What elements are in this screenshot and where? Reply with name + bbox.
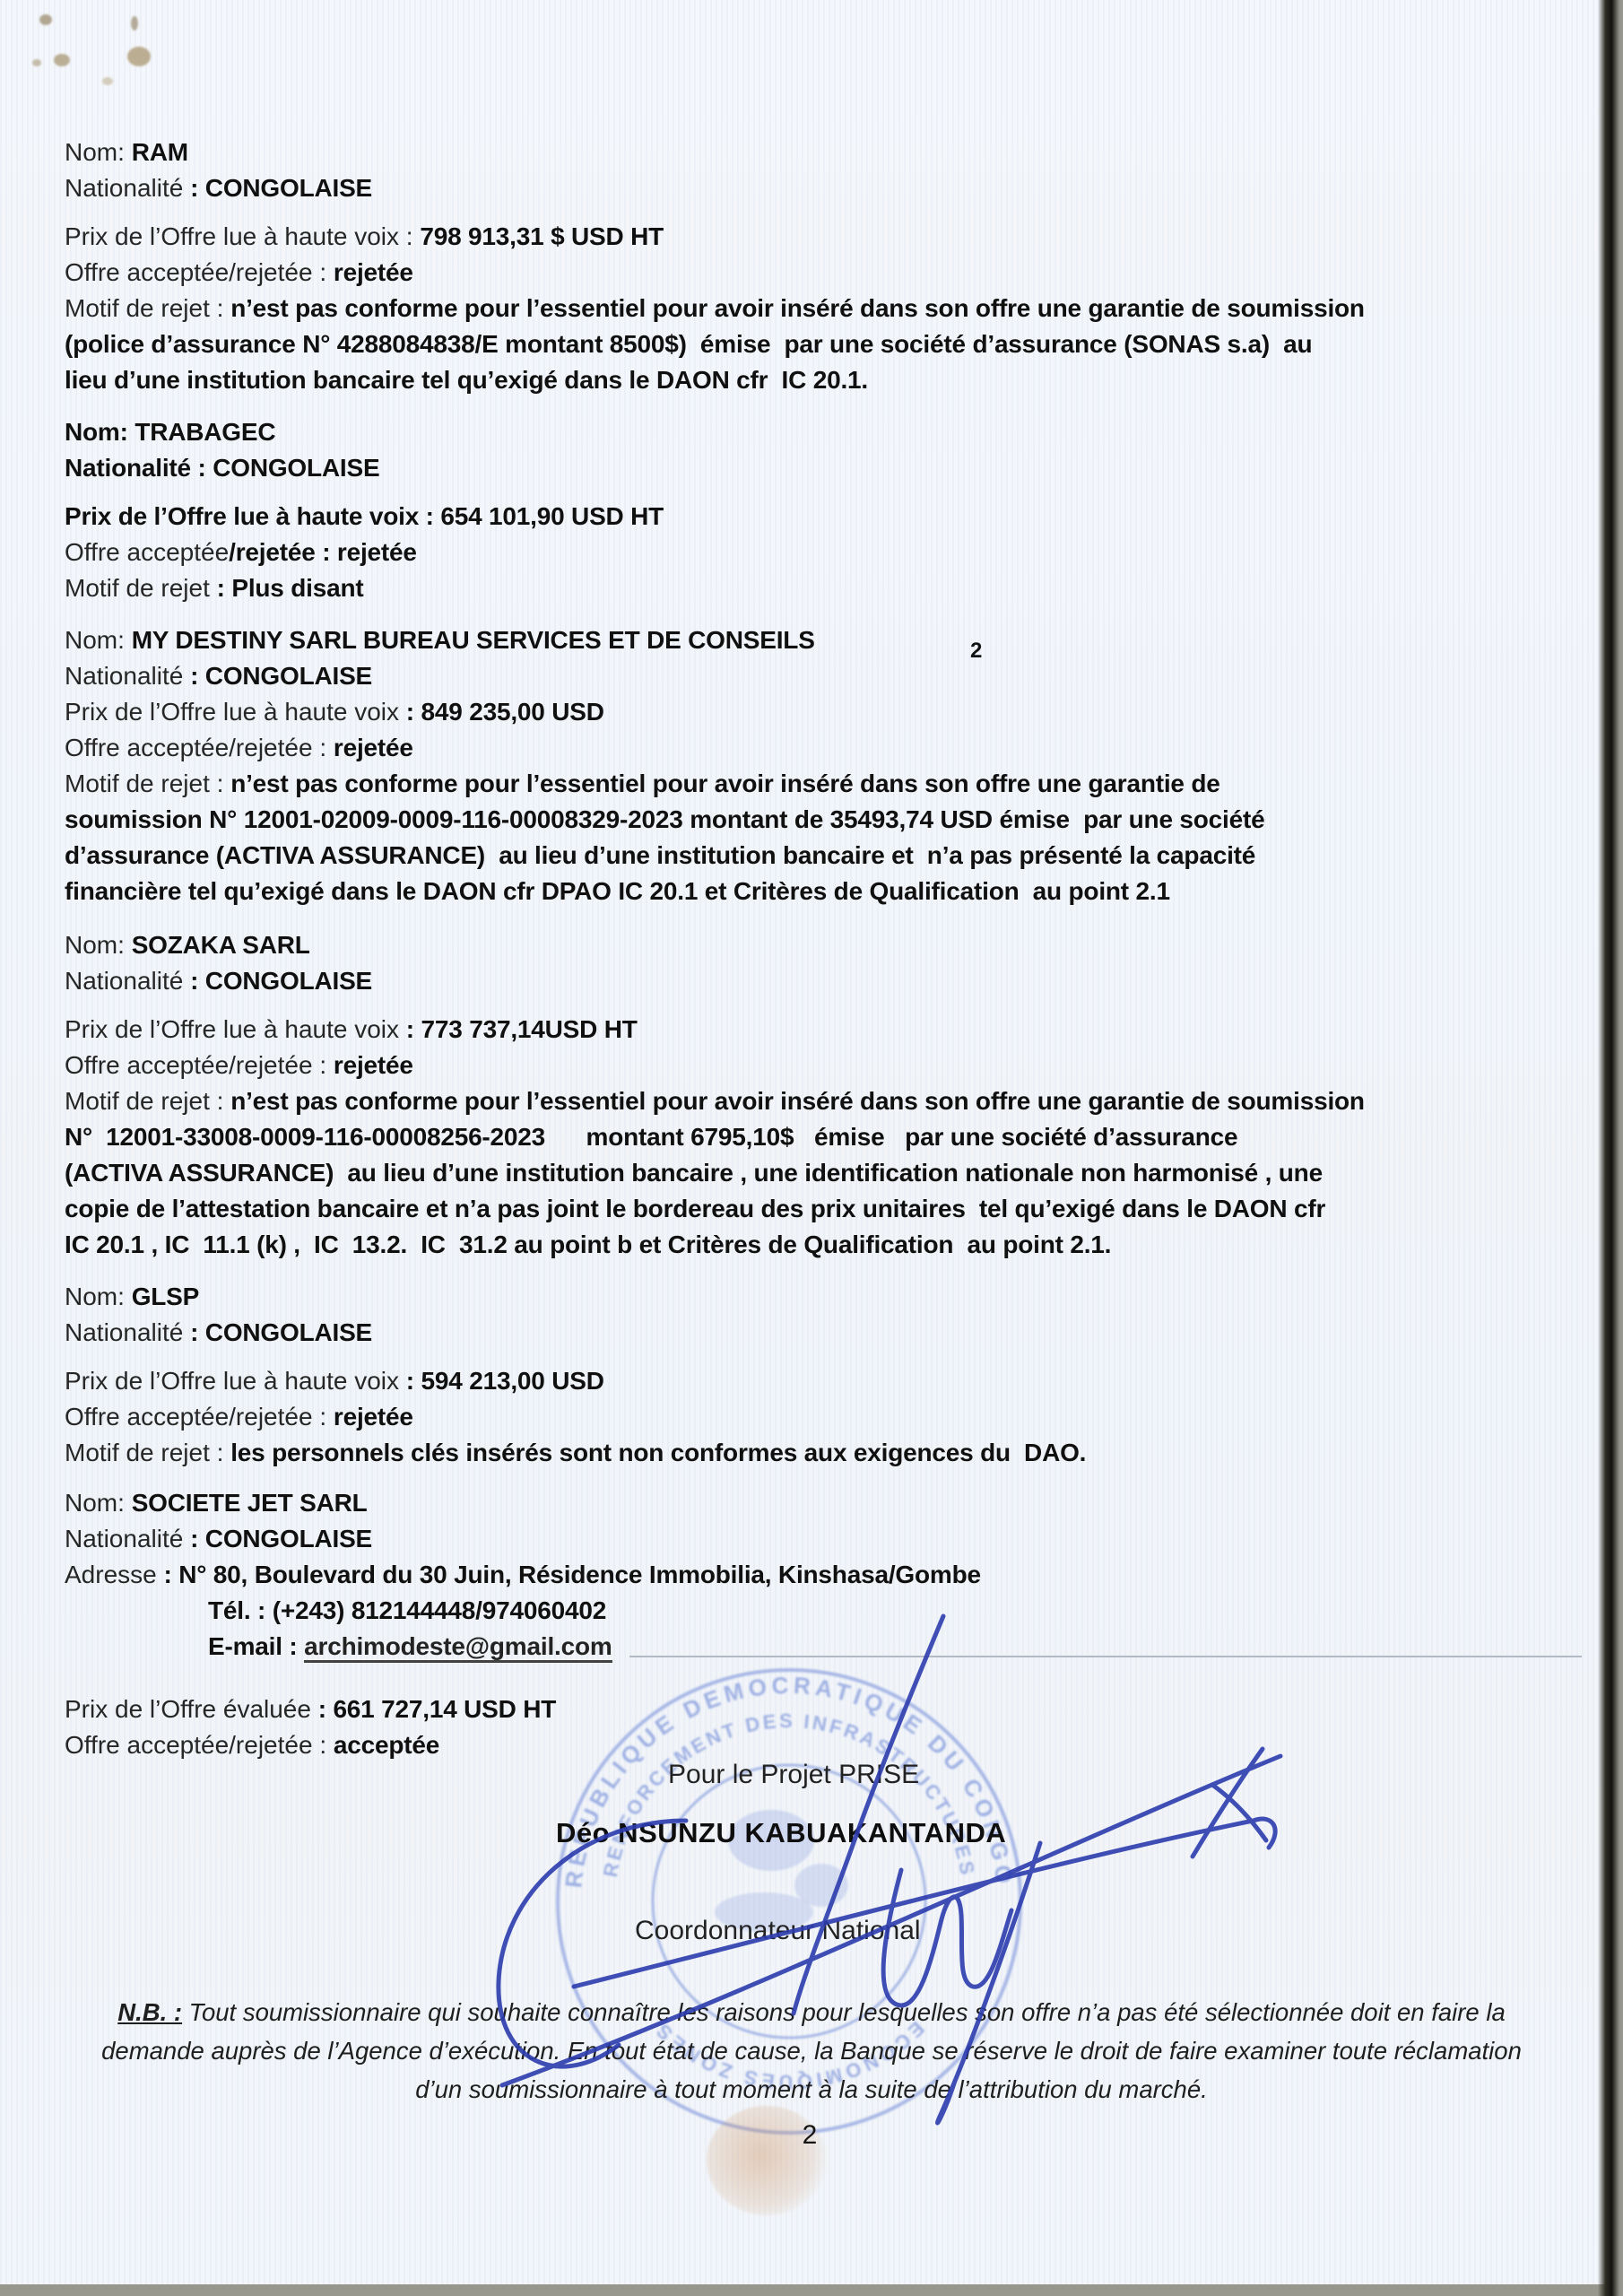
text-segment: Prix de l’Offre lue à haute voix : 654 1… [65, 502, 664, 530]
signature-ink [484, 1596, 1363, 2170]
doc-line: Motif de rejet : n’est pas conforme pour… [65, 291, 1553, 326]
doc-line: Prix de l’Offre lue à haute voix : 594 2… [65, 1363, 1553, 1399]
text-segment: Motif de rejet : [65, 1439, 230, 1466]
text-segment: financière tel qu’exigé dans le DAON cfr… [65, 877, 1170, 905]
text-segment: n’est pas conforme pour l’essentiel pour… [230, 770, 1219, 797]
text-segment: Motif de rejet [65, 574, 217, 602]
text-segment: Nom: [65, 626, 132, 654]
scanned-page: REPUBLIQUE DEMOCRATIQUE DU CONGO RENFORC… [0, 0, 1623, 2296]
text-segment: /rejetée : rejetée [229, 538, 417, 566]
bidder-section: Nom: SOZAKA SARLNationalité : CONGOLAISE… [65, 927, 1553, 1263]
doc-line: Nationalité : CONGOLAISE [65, 170, 1553, 206]
doc-line: Adresse : N° 80, Boulevard du 30 Juin, R… [65, 1557, 1553, 1593]
text-segment: Adresse [65, 1561, 164, 1588]
text-segment: Nationalité : CONGOLAISE [65, 454, 379, 482]
text-segment: (police d’assurance N° 4288084838/E mont… [65, 330, 1312, 358]
text-segment: Prix de l’Offre lue à haute voix : [65, 222, 420, 250]
text-segment: Prix de l’Offre lue à haute voix [65, 1367, 406, 1395]
text-segment: GLSP [132, 1283, 199, 1310]
doc-line: soumission N° 12001-02009-0009-116-00008… [65, 802, 1553, 838]
doc-line: Motif de rejet : n’est pas conforme pour… [65, 766, 1553, 802]
text-segment: Prix de l’Offre lue à haute voix [65, 698, 406, 726]
doc-line: Nom: SOCIETE JET SARL [65, 1485, 1553, 1521]
text-segment: : CONGOLAISE [190, 1318, 372, 1346]
text-segment: : CONGOLAISE [190, 1525, 372, 1552]
text-segment: N° 12001-33008-0009-116-00008256-2023 mo… [65, 1123, 1237, 1151]
bidder-section: Nom: RAMNationalité : CONGOLAISEPrix de … [65, 135, 1553, 398]
text-segment: E-mail : [208, 1632, 304, 1660]
doc-line: (police d’assurance N° 4288084838/E mont… [65, 326, 1553, 362]
text-segment: rejetée [334, 1051, 413, 1079]
text-segment: acceptée [334, 1731, 439, 1759]
text-segment: copie de l’attestation bancaire et n’a p… [65, 1195, 1325, 1222]
doc-line: Offre acceptée/rejetée : rejetée [65, 535, 1553, 570]
smudge-mark [54, 54, 70, 66]
text-segment: Nom: [65, 1283, 132, 1310]
smudge-mark [102, 77, 113, 85]
text-segment: Nationalité [65, 967, 190, 995]
doc-line: Nationalité : CONGOLAISE [65, 1315, 1553, 1351]
text-segment: Offre acceptée/rejetée : [65, 1403, 334, 1431]
doc-line: Offre acceptée/rejetée : rejetée [65, 1399, 1553, 1435]
doc-line: Nom: RAM [65, 135, 1553, 170]
text-segment: Offre acceptée/rejetée : [65, 1731, 334, 1759]
text-segment: SOZAKA SARL [132, 931, 310, 959]
text-segment: Motif de rejet : [65, 294, 230, 322]
text-segment: n’est pas conforme pour l’essentiel pour… [230, 1087, 1365, 1115]
text-segment: rejetée [334, 258, 413, 286]
text-segment: n’est pas conforme pour l’essentiel pour… [230, 294, 1365, 322]
document-body: Nom: RAMNationalité : CONGOLAISEPrix de … [65, 135, 1553, 1763]
smudge-mark [131, 16, 138, 30]
text-segment: Motif de rejet : [65, 1087, 230, 1115]
doc-line: Offre acceptée/rejetée : rejetée [65, 1048, 1553, 1083]
text-segment: Nom: [65, 1489, 132, 1517]
doc-line: Nationalité : CONGOLAISE [65, 1521, 1553, 1557]
text-segment: : N° 80, Boulevard du 30 Juin, Résidence… [164, 1561, 981, 1588]
doc-line: Prix de l’Offre lue à haute voix : 798 9… [65, 219, 1553, 255]
doc-line: N° 12001-33008-0009-116-00008256-2023 mo… [65, 1119, 1553, 1155]
scan-edge-bottom [0, 2284, 1623, 2296]
text-segment: (ACTIVA ASSURANCE) au lieu d’une institu… [65, 1159, 1323, 1187]
stray-page-number: 2 [970, 639, 982, 664]
doc-line: Nationalité : CONGOLAISE [65, 658, 1553, 694]
text-segment: lieu d’une institution bancaire tel qu’e… [65, 366, 868, 394]
doc-line: Nom: MY DESTINY SARL BUREAU SERVICES ET … [65, 622, 1553, 658]
doc-line: IC 20.1 , IC 11.1 (k) , IC 13.2. IC 31.2… [65, 1227, 1553, 1263]
doc-line: copie de l’attestation bancaire et n’a p… [65, 1191, 1553, 1227]
smudge-mark [39, 14, 52, 25]
text-segment: Nationalité [65, 662, 190, 690]
doc-line: Nom: SOZAKA SARL [65, 927, 1553, 963]
text-segment: IC 20.1 , IC 11.1 (k) , IC 13.2. IC 31.2… [65, 1231, 1111, 1258]
text-segment: Offre acceptée/rejetée : [65, 734, 334, 761]
text-segment: : 849 235,00 USD [406, 698, 604, 726]
doc-line: Nationalité : CONGOLAISE [65, 963, 1553, 999]
text-segment: les personnels clés insérés sont non con… [230, 1439, 1086, 1466]
text-segment: Offre acceptée [65, 538, 229, 566]
text-segment: rejetée [334, 734, 413, 761]
scan-edge-right [1598, 0, 1623, 2296]
text-segment: Nom: [65, 138, 132, 166]
text-segment: : 773 737,14USD HT [406, 1015, 638, 1043]
text-segment: Prix de l’Offre évaluée [65, 1695, 318, 1723]
doc-line: financière tel qu’exigé dans le DAON cfr… [65, 874, 1553, 909]
doc-line: (ACTIVA ASSURANCE) au lieu d’une institu… [65, 1155, 1553, 1191]
text-segment: d’assurance (ACTIVA ASSURANCE) au lieu d… [65, 841, 1255, 869]
text-segment: Offre acceptée/rejetée : [65, 1051, 334, 1079]
text-segment: Nationalité [65, 174, 190, 202]
text-segment: Prix de l’Offre lue à haute voix [65, 1015, 406, 1043]
footnote-label: N.B. : [117, 1998, 182, 2026]
doc-line: Prix de l’Offre lue à haute voix : 849 2… [65, 694, 1553, 730]
text-segment: : CONGOLAISE [190, 174, 372, 202]
doc-line: Nom: TRABAGEC [65, 414, 1553, 450]
text-segment: 798 913,31 $ USD HT [420, 222, 664, 250]
doc-line: Offre acceptée/rejetée : rejetée [65, 255, 1553, 291]
text-segment: RAM [132, 138, 188, 166]
doc-line: Prix de l’Offre lue à haute voix : 773 7… [65, 1012, 1553, 1048]
doc-line: lieu d’une institution bancaire tel qu’e… [65, 362, 1553, 398]
text-segment: SOCIETE JET SARL [132, 1489, 368, 1517]
doc-line: Nationalité : CONGOLAISE [65, 450, 1553, 486]
doc-line: Motif de rejet : Plus disant [65, 570, 1553, 606]
smudge-mark [127, 47, 151, 66]
doc-line: d’assurance (ACTIVA ASSURANCE) au lieu d… [65, 838, 1553, 874]
doc-line: Motif de rejet : n’est pas conforme pour… [65, 1083, 1553, 1119]
text-segment: rejetée [334, 1403, 413, 1431]
bidder-section: Nom: GLSPNationalité : CONGOLAISEPrix de… [65, 1279, 1553, 1471]
text-segment: : CONGOLAISE [190, 662, 372, 690]
doc-line: Offre acceptée/rejetée : rejetée [65, 730, 1553, 766]
text-segment: soumission N° 12001-02009-0009-116-00008… [65, 805, 1265, 833]
text-segment: Offre acceptée/rejetée : [65, 258, 334, 286]
doc-line: Nom: GLSP [65, 1279, 1553, 1315]
doc-line: Prix de l’Offre lue à haute voix : 654 1… [65, 499, 1553, 535]
text-segment: Nom: [65, 931, 132, 959]
text-segment: : Plus disant [217, 574, 364, 602]
text-segment: Motif de rejet : [65, 770, 230, 797]
doc-line: Motif de rejet : les personnels clés ins… [65, 1435, 1553, 1471]
text-segment: Nationalité [65, 1525, 190, 1552]
smudge-mark [32, 59, 41, 66]
text-segment: Nom: TRABAGEC [65, 418, 275, 446]
text-segment: : CONGOLAISE [190, 967, 372, 995]
text-segment: MY DESTINY SARL BUREAU SERVICES ET DE CO… [132, 626, 815, 654]
text-segment: : 594 213,00 USD [406, 1367, 604, 1395]
bidder-section: Nom: TRABAGECNationalité : CONGOLAISEPri… [65, 414, 1553, 606]
text-segment: Nationalité [65, 1318, 190, 1346]
bidder-section: Nom: MY DESTINY SARL BUREAU SERVICES ET … [65, 622, 1553, 909]
